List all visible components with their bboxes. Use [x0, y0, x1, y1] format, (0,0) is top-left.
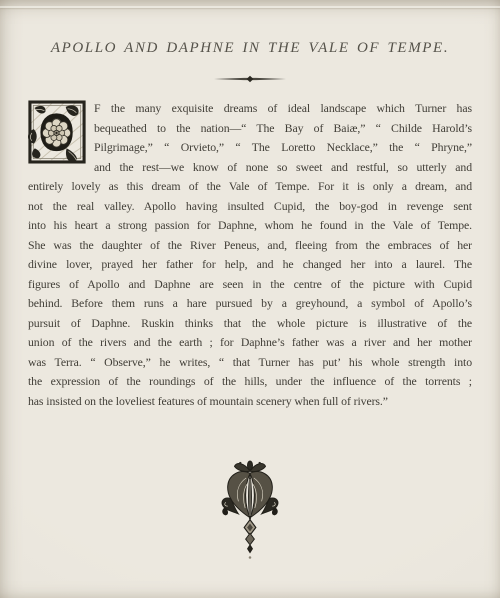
tapered-rule-icon: [214, 75, 286, 83]
page-title: APOLLO AND DAPHNE IN THE VALE OF TEMPE.: [0, 0, 500, 57]
text-line: and the rest—we know of none so sweet an…: [94, 158, 472, 178]
title-divider: [0, 70, 500, 78]
text-line: F the many exquisite dreams of ideal lan…: [94, 99, 472, 119]
text-line: entirely lovely as this dream of the Val…: [28, 177, 472, 197]
body-text: O: [28, 99, 472, 411]
text-line: was Terra. “ Observe,” he writes, “ that…: [28, 353, 472, 373]
text-line: the expression of the roundings of the h…: [28, 372, 472, 392]
book-page: APOLLO AND DAPHNE IN THE VALE OF TEMPE. …: [0, 0, 500, 598]
text-line: She was the daughter of the River Peneus…: [28, 236, 472, 256]
text-line: divine lover, prayed her father for help…: [28, 255, 472, 275]
floral-initial-icon: O: [28, 100, 86, 164]
text-line: behind. Before them runs a hare pursued …: [28, 294, 472, 314]
text-line: pursuit of Daphne. Ruskin thinks that th…: [28, 314, 472, 334]
text-line: has insisted on the loveliest features o…: [28, 392, 472, 412]
text-line: figures of Apollo and Daphne are seen in…: [28, 275, 472, 295]
drop-cap-initial: O: [28, 100, 86, 162]
text-line: union of the rivers and the earth ; for …: [28, 333, 472, 353]
text-line: bequeathed to the nation—“ The Bay of Ba…: [94, 119, 472, 139]
fleur-de-lis-icon: [219, 459, 281, 561]
text-line: into his heart a strong passion for Daph…: [28, 216, 472, 236]
text-line: Pilgrimage,” “ Orvieto,” “ The Loretto N…: [94, 138, 472, 158]
text-line: not the real valley. Apollo having insul…: [28, 197, 472, 217]
tailpiece-ornament: [0, 459, 500, 566]
